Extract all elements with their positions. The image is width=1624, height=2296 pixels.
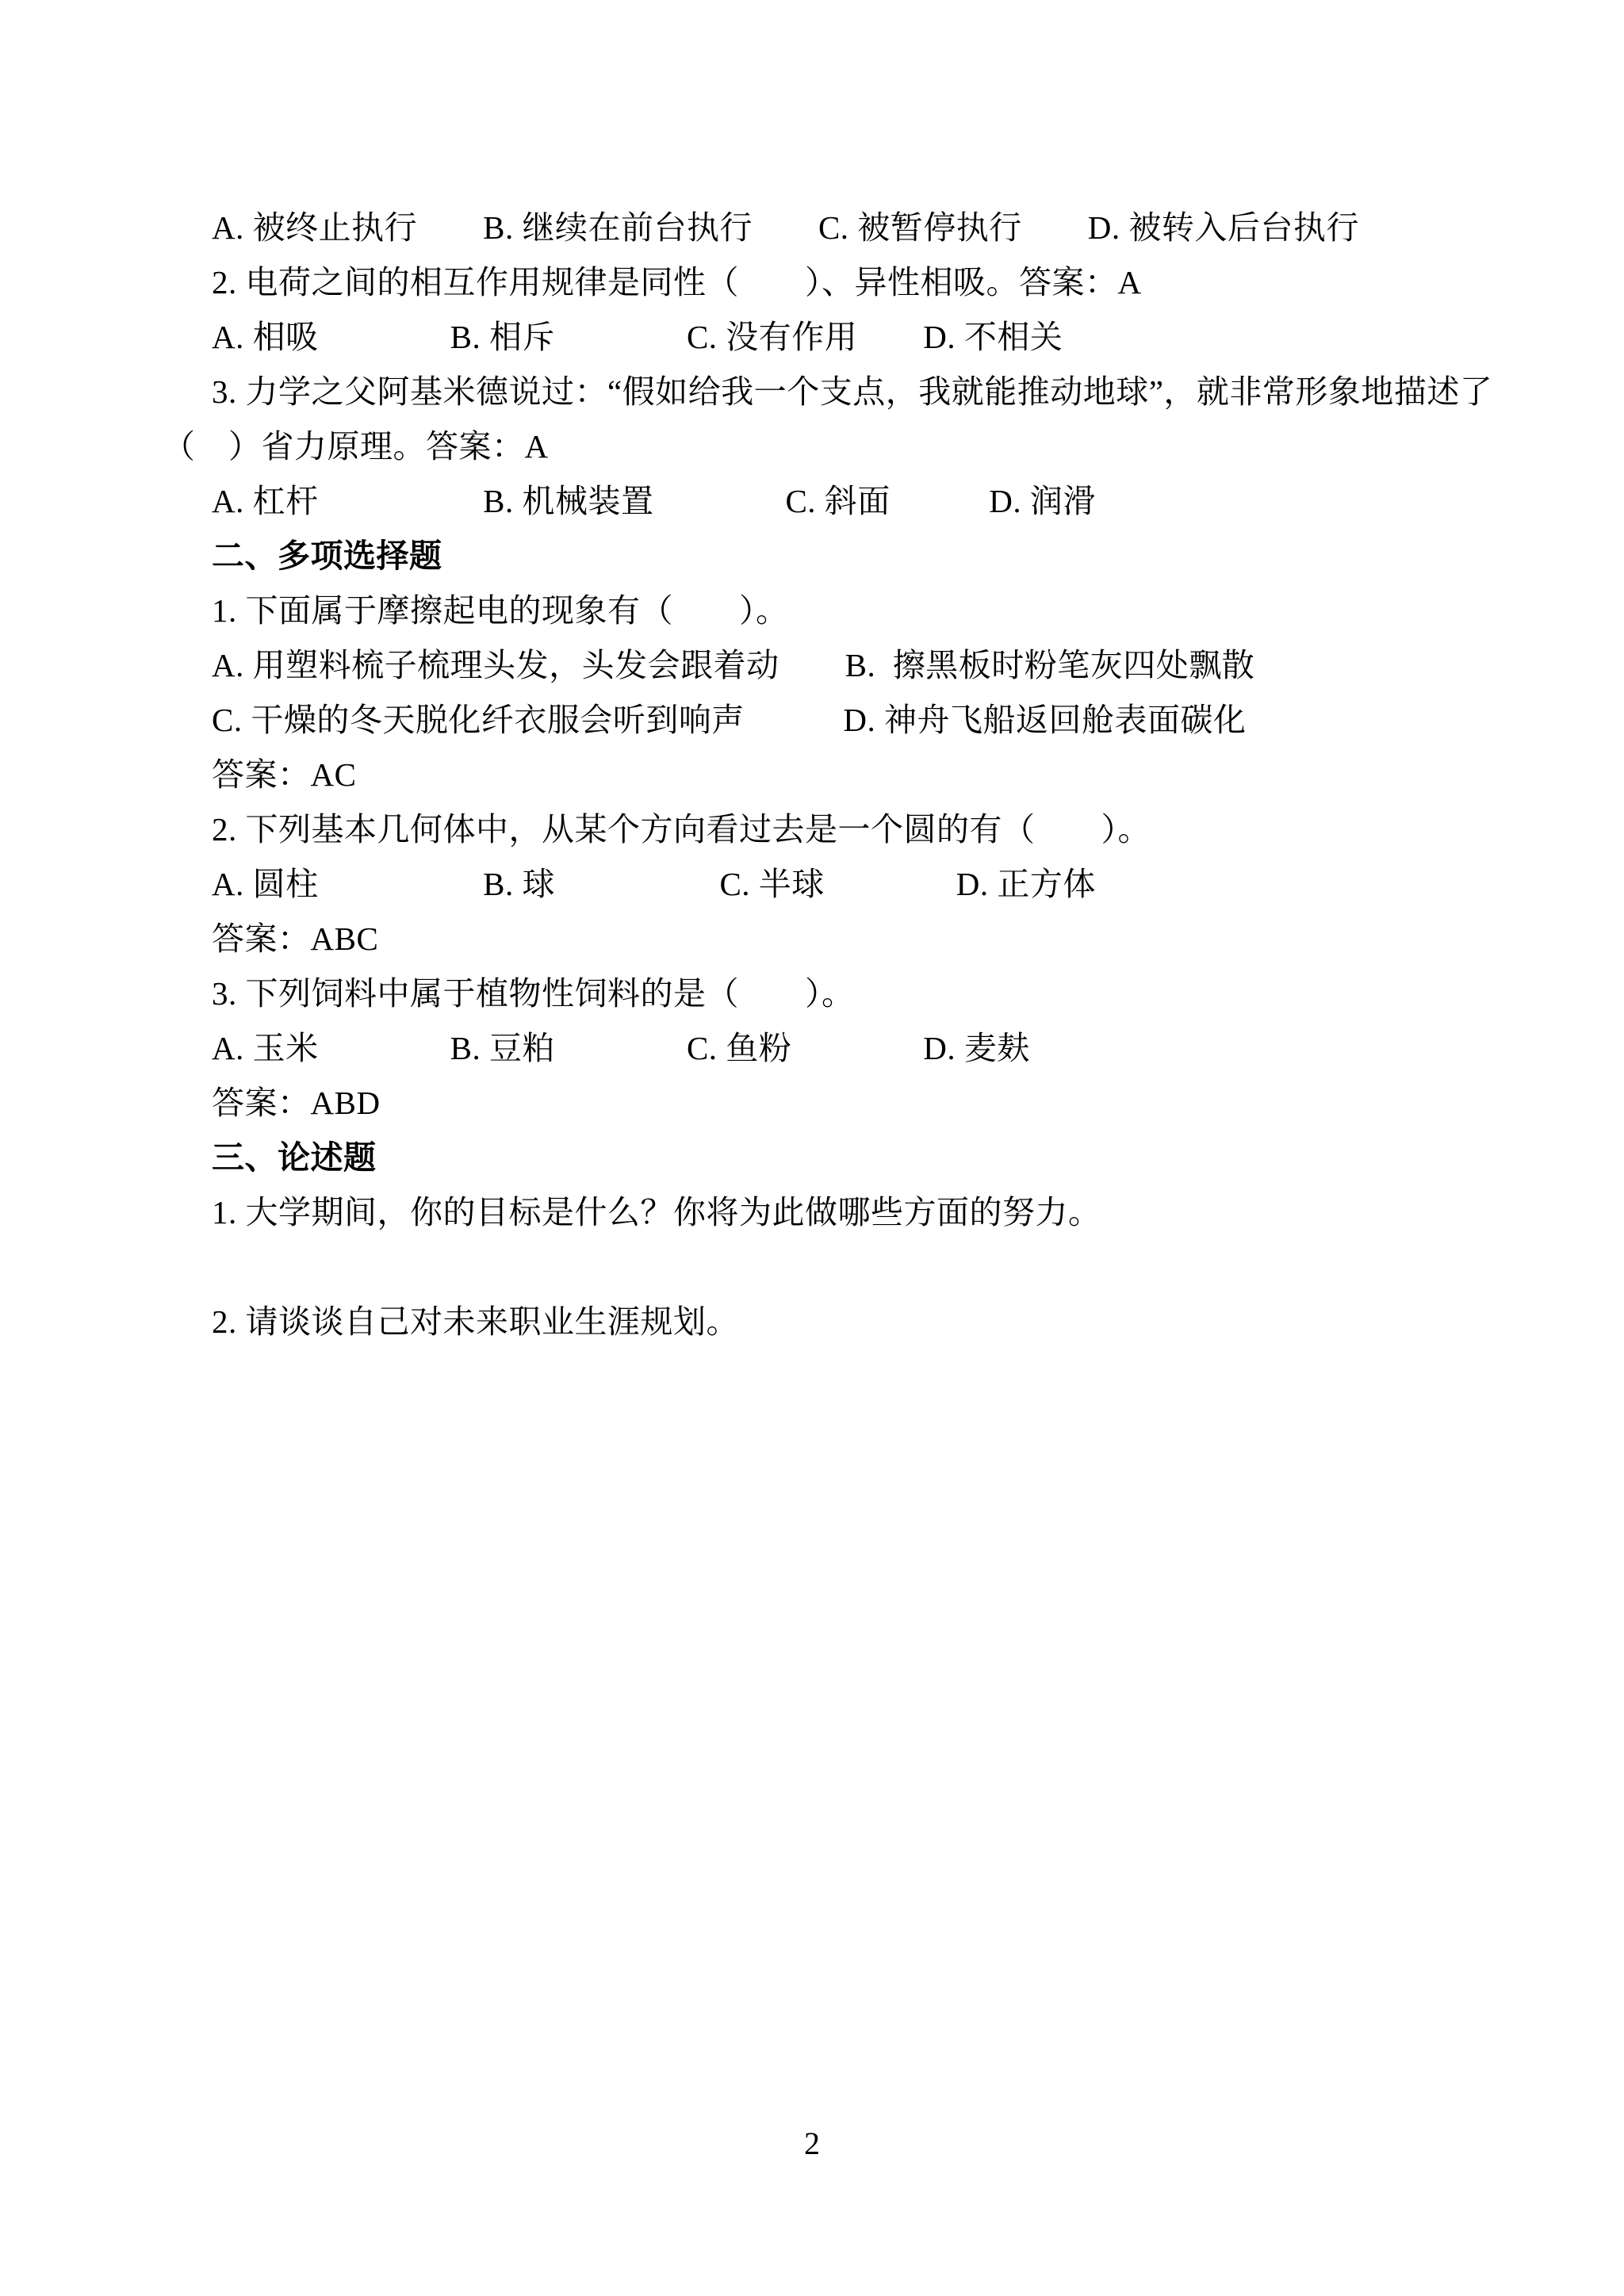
question-line: 2. 下列基本几何体中，从某个方向看过去是一个圆的有（ ）。 (163, 802, 1511, 857)
question-line: 2. 电荷之间的相互作用规律是同性（ ）、异性相吸。答案：A (163, 255, 1511, 310)
blank-line (163, 1240, 1511, 1295)
question-line: 3. 下列饲料中属于植物性饲料的是（ ）。 (163, 966, 1511, 1021)
answer-line: 答案：ABC (163, 912, 1511, 966)
option-row: A. 被终止执行 B. 继续在前台执行 C. 被暂停执行 D. 被转入后台执行 (163, 201, 1511, 255)
section-heading: 二、多项选择题 (163, 529, 1511, 584)
section-heading: 三、论述题 (163, 1131, 1511, 1185)
question-line: 3. 力学之父阿基米德说过：“假如给我一个支点，我就能推动地球”，就非常形象地描… (163, 365, 1511, 419)
answer-line: 答案：AC (163, 748, 1511, 802)
continuation-line: （ ）省力原理。答案：A (163, 419, 1511, 474)
question-line: 1. 下面属于摩擦起电的现象有（ ）。 (163, 584, 1511, 638)
option-row: A. 玉米 B. 豆粕 C. 鱼粉 D. 麦麸 (163, 1021, 1511, 1076)
document-content: A. 被终止执行 B. 继续在前台执行 C. 被暂停执行 D. 被转入后台执行2… (163, 201, 1511, 1349)
page-number: 2 (0, 2126, 1624, 2161)
option-row: A. 相吸 B. 相斥 C. 没有作用 D. 不相关 (163, 310, 1511, 365)
answer-line: 答案：ABD (163, 1076, 1511, 1131)
option-row: A. 圆柱 B. 球 C. 半球 D. 正方体 (163, 857, 1511, 912)
option-row: A. 用塑料梳子梳理头发，头发会跟着动 B. 擦黑板时粉笔灰四处飘散 (163, 638, 1511, 693)
question-line: 2. 请谈谈自己对未来职业生涯规划。 (163, 1295, 1511, 1349)
option-row: A. 杠杆 B. 机械装置 C. 斜面 D. 润滑 (163, 474, 1511, 529)
option-row: C. 干燥的冬天脱化纤衣服会听到响声 D. 神舟飞船返回舱表面碳化 (163, 693, 1511, 748)
question-line: 1. 大学期间，你的目标是什么？你将为此做哪些方面的努力。 (163, 1185, 1511, 1240)
document-page: A. 被终止执行 B. 继续在前台执行 C. 被暂停执行 D. 被转入后台执行2… (0, 0, 1624, 2296)
